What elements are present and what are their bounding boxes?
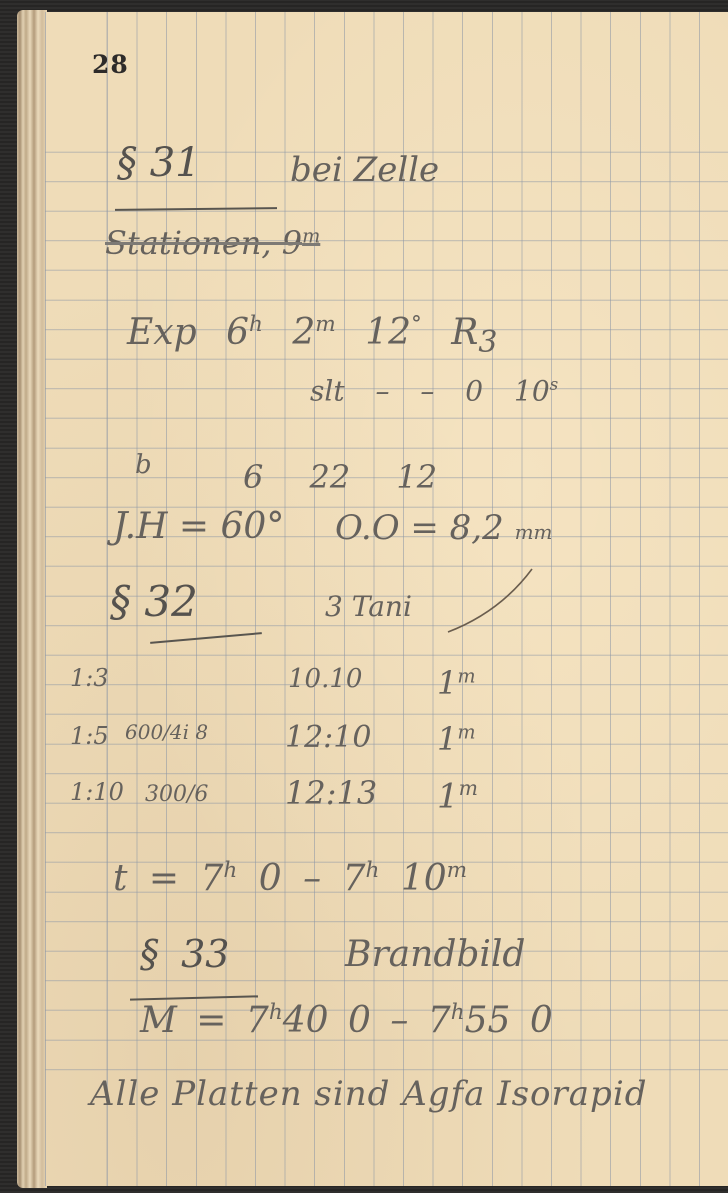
- row-extra: 600/4i 8: [125, 720, 208, 744]
- row-ratio: 1:3: [70, 664, 109, 692]
- notebook-page: 28 § 31 bei Zelle Stationen, 9m Exp 6h 2…: [45, 12, 728, 1186]
- row-ratio: 1:5: [70, 722, 109, 750]
- row-time: 12:10: [285, 720, 371, 755]
- row-extra: 300/6: [145, 782, 208, 807]
- plates-note: Alle Platten sind Agfa Isorapid: [90, 1074, 647, 1114]
- section-33-heading: § 33: [140, 932, 229, 976]
- row-time: 10.10: [288, 664, 362, 694]
- row-duration: 1m: [437, 664, 476, 702]
- page-edges: [17, 10, 47, 1188]
- m-time-range: M = 7h40 0 – 7h55 0: [140, 1000, 553, 1041]
- row-ratio: 1:10: [70, 778, 124, 806]
- time-range: t = 7h 0 – 7h 10m: [113, 858, 467, 899]
- row-duration: 1m: [437, 720, 476, 758]
- row-time: 12:13: [285, 774, 377, 812]
- row-duration: 1m: [437, 776, 478, 816]
- section-33-note: Brandbild: [345, 934, 525, 975]
